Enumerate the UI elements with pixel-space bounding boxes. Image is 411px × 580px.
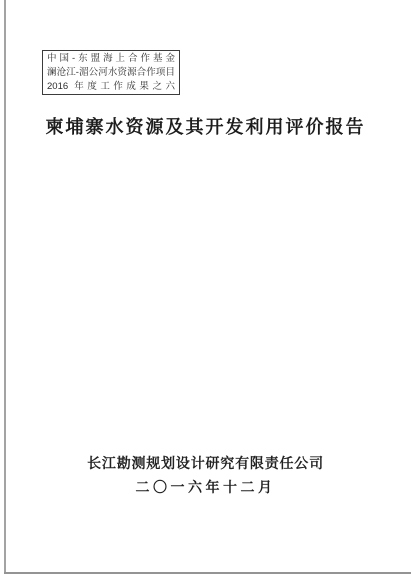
project-year-line: 2016 年度工作成果之六	[47, 80, 175, 94]
project-name-line: 澜沧江-湄公河水资源合作项目	[47, 66, 175, 80]
company-name: 长江勘测规划设计研究有限责任公司	[0, 453, 411, 473]
report-title: 柬埔寨水资源及其开发利用评价报告	[0, 113, 411, 139]
project-fund-line: 中国-东盟海上合作基金	[47, 52, 175, 66]
project-info-box: 中国-东盟海上合作基金 澜沧江-湄公河水资源合作项目 2016 年度工作成果之六	[42, 50, 180, 95]
publish-date: 二〇一六年十二月	[0, 477, 411, 497]
scan-edge-bottom	[4, 572, 411, 574]
report-cover-page: 中国-东盟海上合作基金 澜沧江-湄公河水资源合作项目 2016 年度工作成果之六…	[0, 0, 411, 580]
